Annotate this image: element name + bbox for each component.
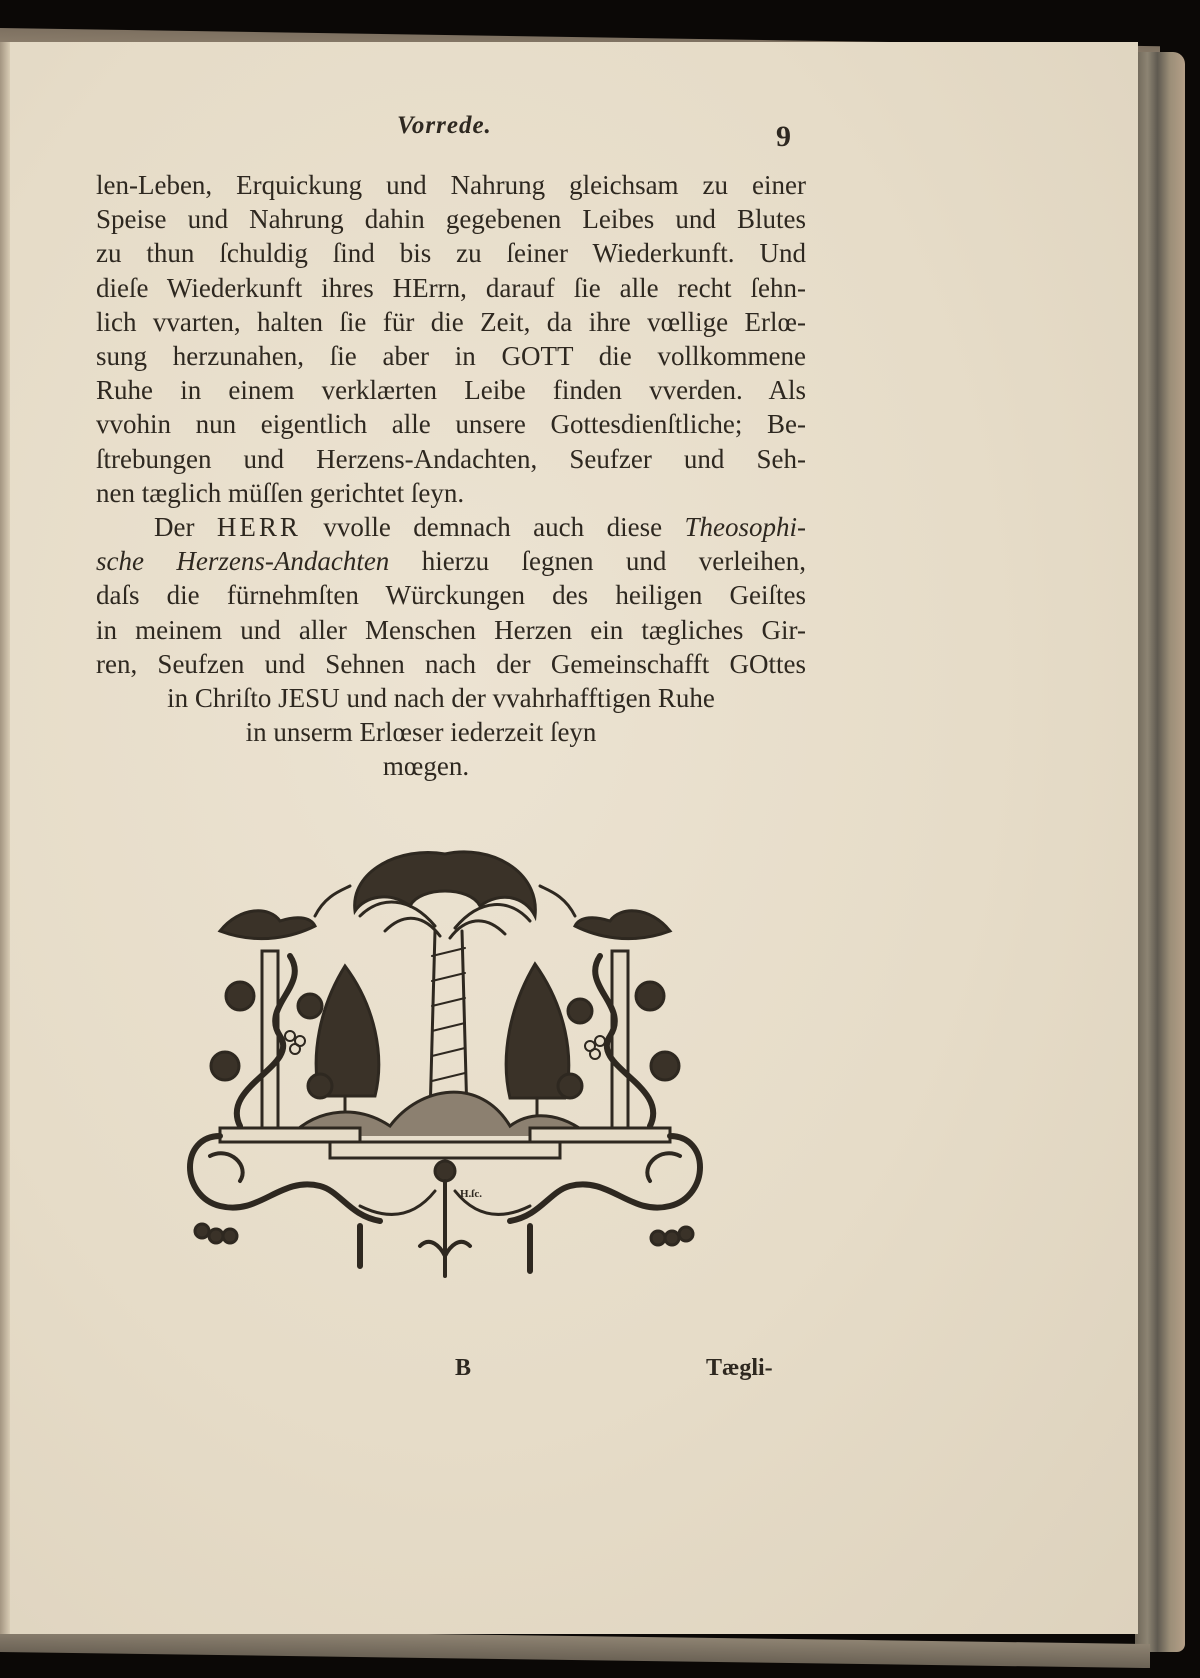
- paragraph-line: daſs die fürnehmſten Würckungen des heil…: [96, 578, 806, 612]
- text-line: lich vvarten, halten ſie für die Zeit, d…: [96, 305, 806, 339]
- page-number: 9: [776, 120, 791, 154]
- text-line: dieſe Wiederkunft ihres HErrn, darauf ſi…: [96, 271, 806, 305]
- text-line: Ruhe in einem verklærten Leibe finden vv…: [96, 373, 806, 407]
- paragraph-line: in Chriſto JESU und nach der vvahrhaffti…: [96, 681, 806, 715]
- italic-title: Theosophi-: [685, 512, 807, 542]
- paragraph-line: Der HERR vvolle demnach auch diese Theos…: [96, 510, 806, 544]
- text-line: len-Leben, Erquickung und Nahrung gleich…: [96, 168, 806, 202]
- page-gutter: [0, 42, 10, 1634]
- text-line: sung herzunahen, ſie aber in GOTT die vo…: [96, 339, 806, 373]
- paragraph-line: in meinem und aller Menschen Herzen ein …: [96, 613, 806, 647]
- text-line: Speise und Nahrung dahin gegebenen Leibe…: [96, 202, 806, 236]
- paragraph-line: ren, Seufzen und Sehnen nach der Gemeins…: [96, 647, 806, 681]
- text-fragment: Der: [154, 512, 217, 542]
- paragraph-line: in unserm Erlœser iederzeit ſeyn: [96, 715, 806, 749]
- text-fragment: hierzu ſegnen und verleihen,: [389, 546, 806, 576]
- text-line: nen tæglich müſſen gerichtet ſeyn.: [96, 476, 806, 510]
- paragraph-line: sche Herzens-Andachten hierzu ſegnen und…: [96, 544, 806, 578]
- running-head-title: Vorrede.: [397, 112, 492, 140]
- woodcut-ornament: H.ſc.: [180, 836, 710, 1306]
- engraver-mark: H.ſc.: [460, 1188, 482, 1200]
- text-line: zu thun ſchuldig ſind bis zu ſeiner Wied…: [96, 236, 806, 270]
- book-board-bottom: [0, 1628, 1150, 1668]
- herr-emphasis: HERR: [217, 512, 301, 542]
- text-line: ſtrebungen und Herzens-Andachten, Seufze…: [96, 442, 806, 476]
- catchword: Tægli-: [706, 1355, 773, 1382]
- italic-title: sche Herzens-Andachten: [96, 546, 389, 576]
- body-text: len-Leben, Erquickung und Nahrung gleich…: [96, 168, 806, 784]
- vignette-illustration-icon: [180, 836, 710, 1306]
- text-fragment: vvolle demnach auch diese: [301, 512, 685, 542]
- text-line: vvohin nun eigentlich alle unsere Gottes…: [96, 407, 806, 441]
- signature-mark: B: [455, 1355, 471, 1382]
- book-fore-edge: [1135, 52, 1185, 1652]
- paragraph-line: mœgen.: [96, 749, 806, 783]
